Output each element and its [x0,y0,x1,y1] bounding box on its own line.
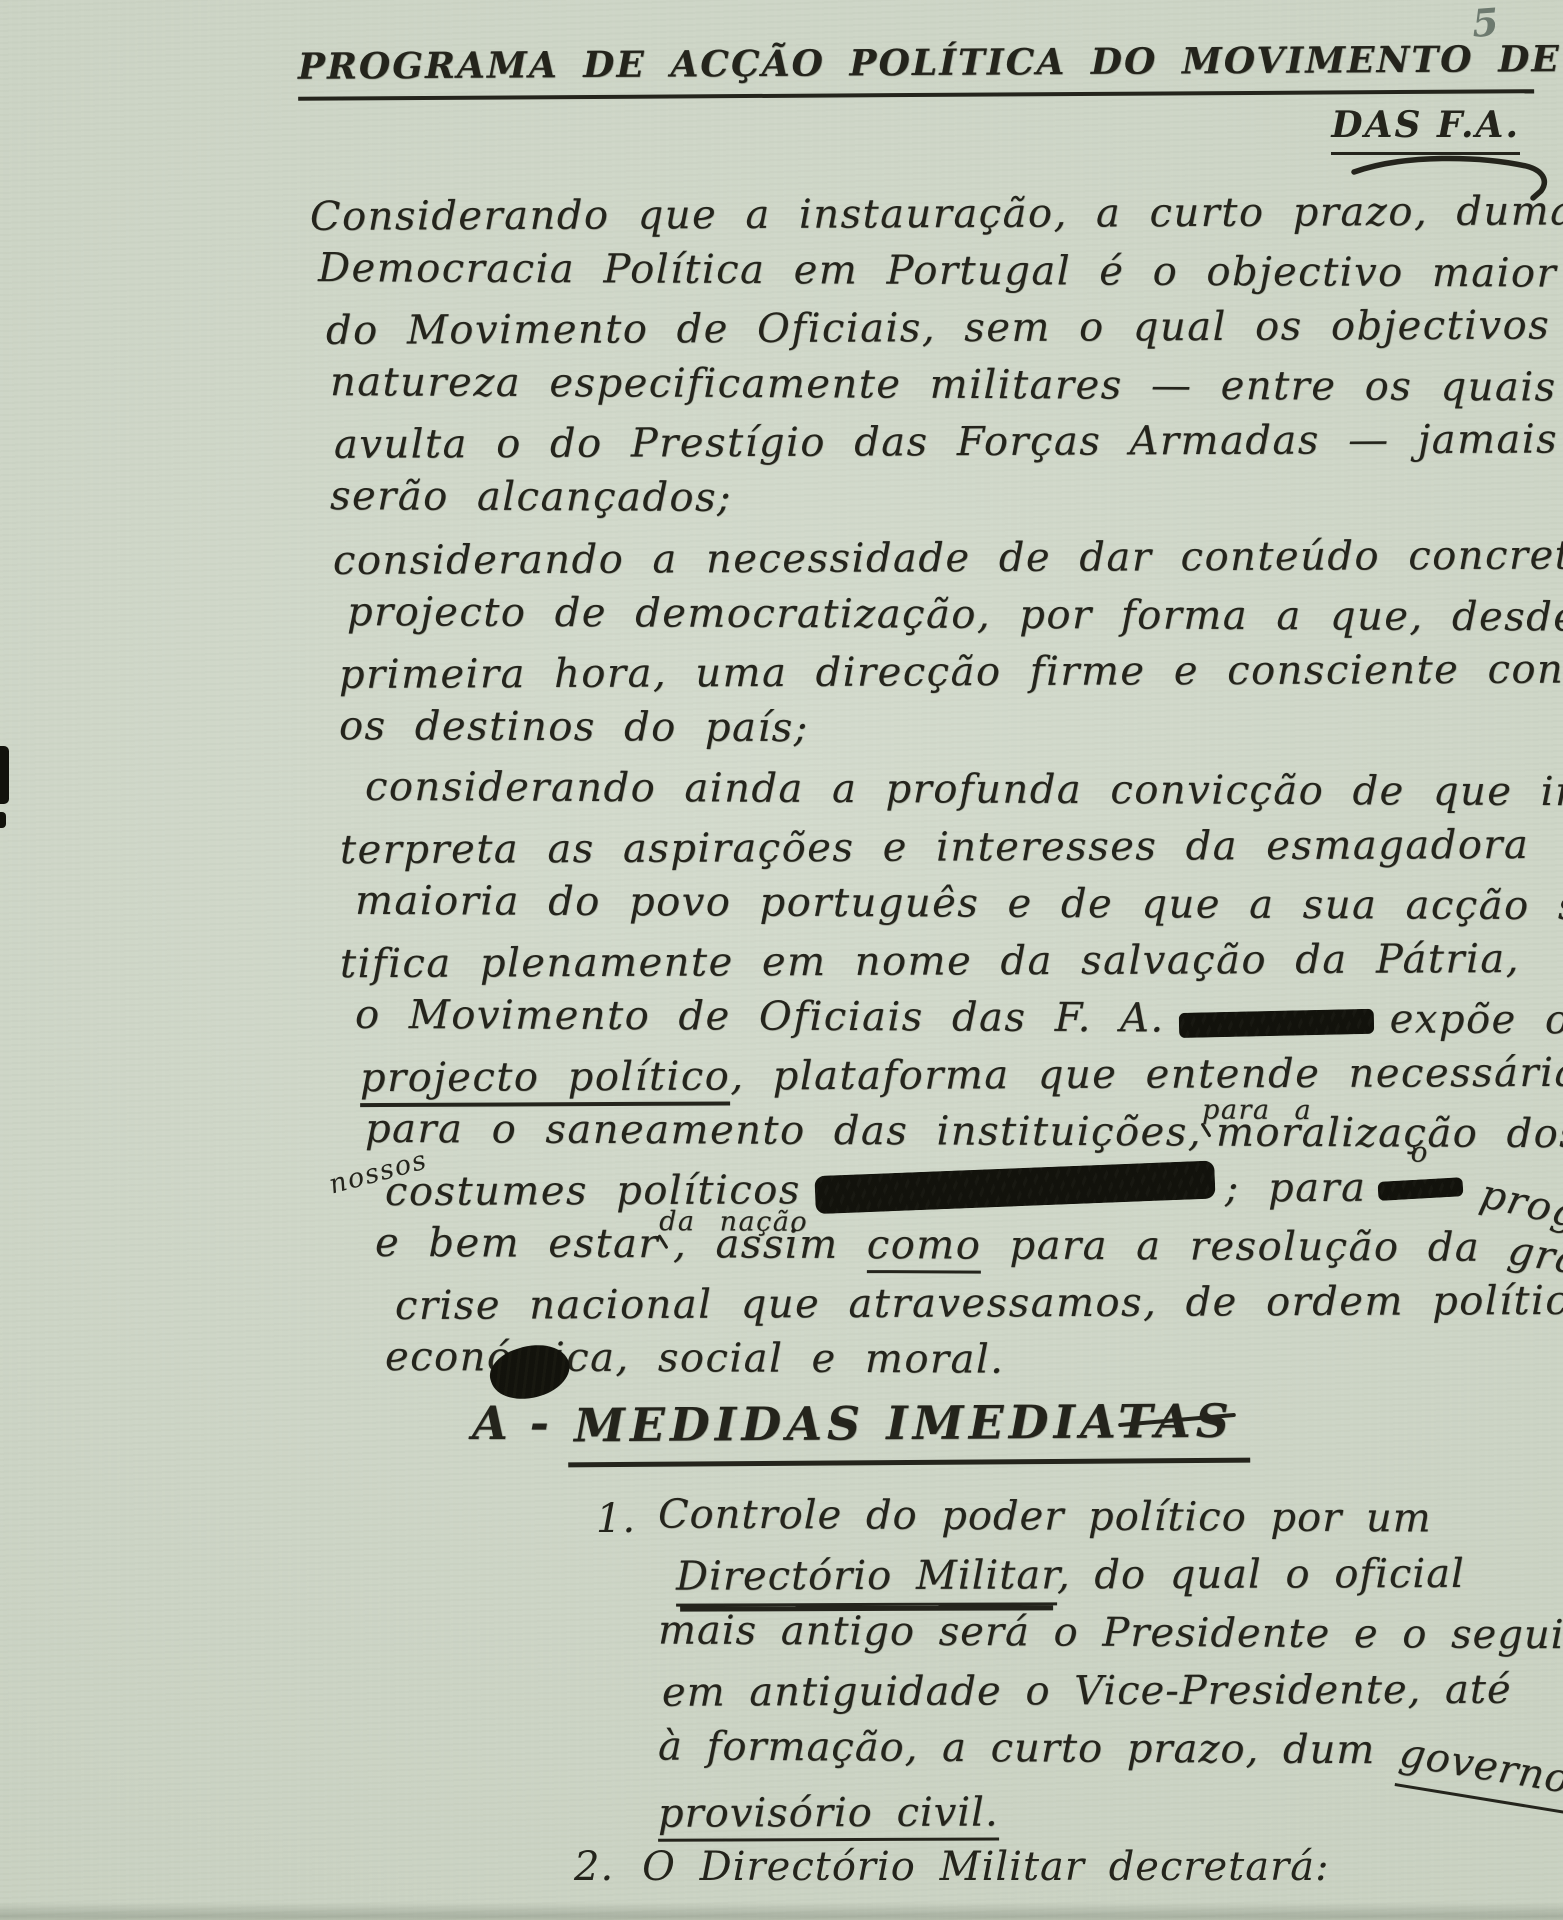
handwritten-line: crise nacional que atravessamos, de orde… [395,1272,1563,1335]
handwritten-line: o Movimento de Oficiais das F. A.expõe o… [355,987,1563,1050]
list-item-1: 1. Controle do poder político por um Dir… [658,1488,1563,1841]
handwritten-line: os destinos do país; [339,698,1563,761]
handwritten-line: em antiguidade o Vice-Presidente, até [662,1660,1563,1721]
line-text: O Directório Militar decretará: [642,1844,1329,1890]
handwritten-line: terpreta as aspirações e interesses da e… [340,816,1563,879]
inserted-word: da nação [659,1208,673,1235]
section-letter: A - [472,1396,552,1450]
handwritten-line: projecto político, plataforma que entend… [360,1044,1563,1107]
line-text: expõe o seguinte [1390,996,1563,1044]
handwritten-line: costumes políticos; paraoprogresso [385,1158,1563,1221]
handwritten-line: natureza especificamente militares — ent… [330,354,1563,417]
title-line-1: PROGRAMA DE ACÇÃO POLÍTICA DO MOVIMENTO … [298,38,1534,101]
line-text: para a resolução da [981,1223,1508,1271]
section-a-heading: A -MEDIDAS IMEDIATAS [472,1396,1250,1465]
line-text: à formação, a curto prazo, dum [658,1723,1399,1773]
line-text: e bem estar [375,1220,659,1267]
preamble-paragraph-2: considerando a necessidade de dar conteú… [333,530,1563,758]
line-text: , do qual o oficial [1057,1551,1465,1598]
handwritten-line: primeira hora, uma direcção firme e cons… [339,641,1563,704]
scan-edge-mark [0,746,9,804]
preamble-paragraph-1: Considerando que a instauração, a curto … [310,186,1563,528]
underlined-phrase: projecto político [360,1053,731,1107]
handwritten-line: do Movimento de Oficiais, sem o qual os … [326,297,1563,360]
handwritten-line: Directório Militar, do qual o oficial [676,1544,1563,1605]
handwritten-line: considerando a necessidade de dar conteú… [333,527,1563,590]
ink-scribble [814,1160,1215,1214]
ink-scribble [1178,1009,1373,1038]
handwritten-line: para o saneamento das instituições,para … [365,1101,1563,1164]
section-title: MEDIDAS IMEDIATAS [568,1394,1250,1468]
item-number: 1. [596,1490,636,1548]
handwritten-line: mais antigo será o Presidente e o seguin… [658,1601,1563,1664]
line-text: , plataforma que entende necessária [730,1050,1563,1100]
inserted-word: o [1410,1123,1429,1180]
underlined-word: como [867,1222,982,1273]
handwritten-line: Democracia Política em Portugal é o obje… [318,240,1563,303]
handwritten-line: avulta o do Prestígio das Forças Armadas… [334,411,1563,474]
handwritten-line: maioria do povo português e de que a sua… [355,873,1563,936]
document-title: PROGRAMA DE ACÇÃO POLÍTICA DO MOVIMENTO … [298,42,1534,146]
line-text: o Movimento de Oficiais das F. A. [355,992,1165,1042]
scan-bottom-shade [0,1902,1563,1920]
handwritten-line: projecto de democratização, por forma a … [347,584,1563,647]
handwritten-line: Considerando que a instauração, a curto … [310,183,1563,246]
handwritten-line: e bem estarda nação, assim como para a r… [375,1215,1563,1278]
line-text: ; para [1225,1165,1367,1212]
title-line-2-text: DAS F.A. [1331,104,1520,155]
list-item-2: 2.O Directório Militar decretará: [574,1838,1330,1896]
line-text: para o saneamento das instituições, [365,1106,1202,1156]
scanned-manuscript-page: 5 PROGRAMA DE ACÇÃO POLÍTICA DO MOVIMENT… [0,0,1563,1920]
struck-word: o [1378,1159,1463,1216]
underlined-phrase: provisório civil. [658,1790,999,1842]
underlined-phrase: Directório Militar [676,1552,1057,1606]
ink-scribble [1378,1177,1464,1201]
preamble-paragraph-3: nossos considerando ainda a profunda con… [340,762,1563,1389]
handwritten-line: provisório civil. [658,1781,1563,1842]
inserted-word: para a [1202,1097,1216,1124]
title-line-2: DAS F.A. [298,104,1534,146]
handwritten-line: considerando ainda a profunda convicção … [365,759,1563,822]
handwritten-line: tifica plenamente em nome da salvação da… [340,930,1563,993]
handwritten-line: serão alcançados; [330,468,1563,531]
handwritten-line: à formação, a curto prazo, dum governo [658,1717,1563,1785]
item-number: 2. [574,1844,614,1890]
handwritten-line: Controle do poder político por um [658,1485,1563,1548]
scan-edge-mark [0,812,6,828]
